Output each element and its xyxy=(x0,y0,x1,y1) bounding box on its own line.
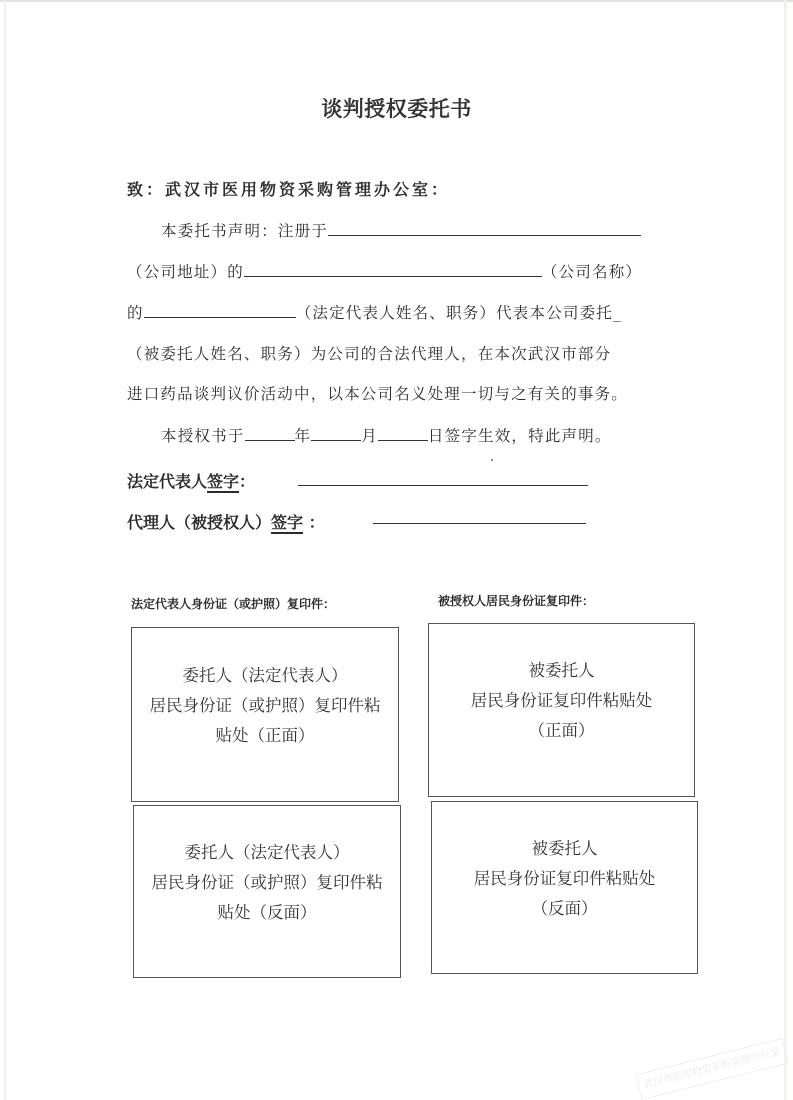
paragraph-line-1: 本委托书声明：注册于 xyxy=(161,221,641,241)
paragraph-line-2: （公司地址）的（公司名称） xyxy=(127,262,642,282)
sign-text: 签字 xyxy=(271,513,303,532)
month-blank[interactable] xyxy=(311,426,361,441)
text: 本授权书于 xyxy=(161,427,245,445)
effective-date-line: 本授权书于年月日签字生效，特此声明。 xyxy=(161,426,612,446)
addressee: 致：武汉市医用物资采购管理办公室： xyxy=(127,180,450,200)
box-line: 贴处（反面） xyxy=(152,898,383,928)
box-line: 贴处（正面） xyxy=(150,721,381,751)
agent-id-back-box[interactable]: 被委托人 居民身份证复印件粘贴处 （反面） xyxy=(431,801,698,974)
box-line: 委托人（法定代表人） xyxy=(152,838,383,868)
text: 本委托书声明：注册于 xyxy=(161,222,328,240)
box-line: 被委托人 xyxy=(471,656,653,686)
page-edge xyxy=(784,0,787,1100)
agent-id-front-box[interactable]: 被委托人 居民身份证复印件粘贴处 （正面） xyxy=(428,623,695,797)
box-line: 居民身份证（或护照）复印件粘 xyxy=(150,691,381,721)
legal-rep-signature-label: 法定代表人签字： xyxy=(127,469,255,492)
company-name-blank[interactable] xyxy=(244,262,542,277)
box-line: 被委托人 xyxy=(474,834,656,864)
page-edge xyxy=(0,0,793,2)
day-blank[interactable] xyxy=(378,426,428,441)
box-line: 居民身份证复印件粘贴处 xyxy=(474,864,656,894)
label-text: 法定代表人 xyxy=(127,472,207,491)
legal-rep-id-heading: 法定代表人身份证（或护照）复印件： xyxy=(131,595,335,612)
agent-signature-field[interactable] xyxy=(373,523,586,524)
text: 月 xyxy=(361,427,378,445)
text: （公司地址）的 xyxy=(127,263,244,281)
legal-rep-name-blank[interactable] xyxy=(144,303,296,318)
box-line: 居民身份证复印件粘贴处 xyxy=(471,686,653,716)
legal-rep-id-front-box[interactable]: 委托人（法定代表人） 居民身份证（或护照）复印件粘 贴处（正面） xyxy=(131,627,399,802)
scan-speck xyxy=(491,459,493,461)
text: 年 xyxy=(295,427,312,445)
text: （公司名称） xyxy=(542,263,642,281)
sign-text: 签字 xyxy=(207,472,239,491)
year-blank[interactable] xyxy=(245,426,295,441)
document-title: 谈判授权委托书 xyxy=(0,93,793,123)
legal-rep-signature-field[interactable] xyxy=(298,485,588,486)
page-edge xyxy=(4,0,6,1100)
colon: ： xyxy=(239,472,255,491)
box-line: （正面） xyxy=(471,716,653,746)
text: （法定代表人姓名、职务）代表本公司委托_ xyxy=(296,304,622,322)
paragraph-line-3: 的（法定代表人姓名、职务）代表本公司委托_ xyxy=(127,303,622,323)
legal-rep-id-back-box[interactable]: 委托人（法定代表人） 居民身份证（或护照）复印件粘 贴处（反面） xyxy=(133,805,401,978)
faint-watermark-stamp: 武汉市医用物资采购管理办公室 xyxy=(635,1038,789,1100)
colon: ： xyxy=(303,513,325,532)
agent-id-heading: 被授权人居民身份证复印件： xyxy=(438,592,594,609)
paragraph-line-4: （被委托人姓名、职务）为公司的合法代理人，在本次武汉市部分 xyxy=(127,344,611,364)
text: 日签字生效，特此声明。 xyxy=(428,427,612,445)
label-text: 代理人（被授权人） xyxy=(127,513,271,532)
box-line: 委托人（法定代表人） xyxy=(150,661,381,691)
box-line: 居民身份证（或护照）复印件粘 xyxy=(152,868,383,898)
agent-signature-label: 代理人（被授权人）签字 ： xyxy=(127,510,325,533)
paragraph-line-5: 进口药品谈判议价活动中，以本公司名义处理一切与之有关的事务。 xyxy=(127,384,628,404)
company-address-blank[interactable] xyxy=(328,221,641,236)
box-line: （反面） xyxy=(474,894,656,924)
text: 的 xyxy=(127,304,144,322)
